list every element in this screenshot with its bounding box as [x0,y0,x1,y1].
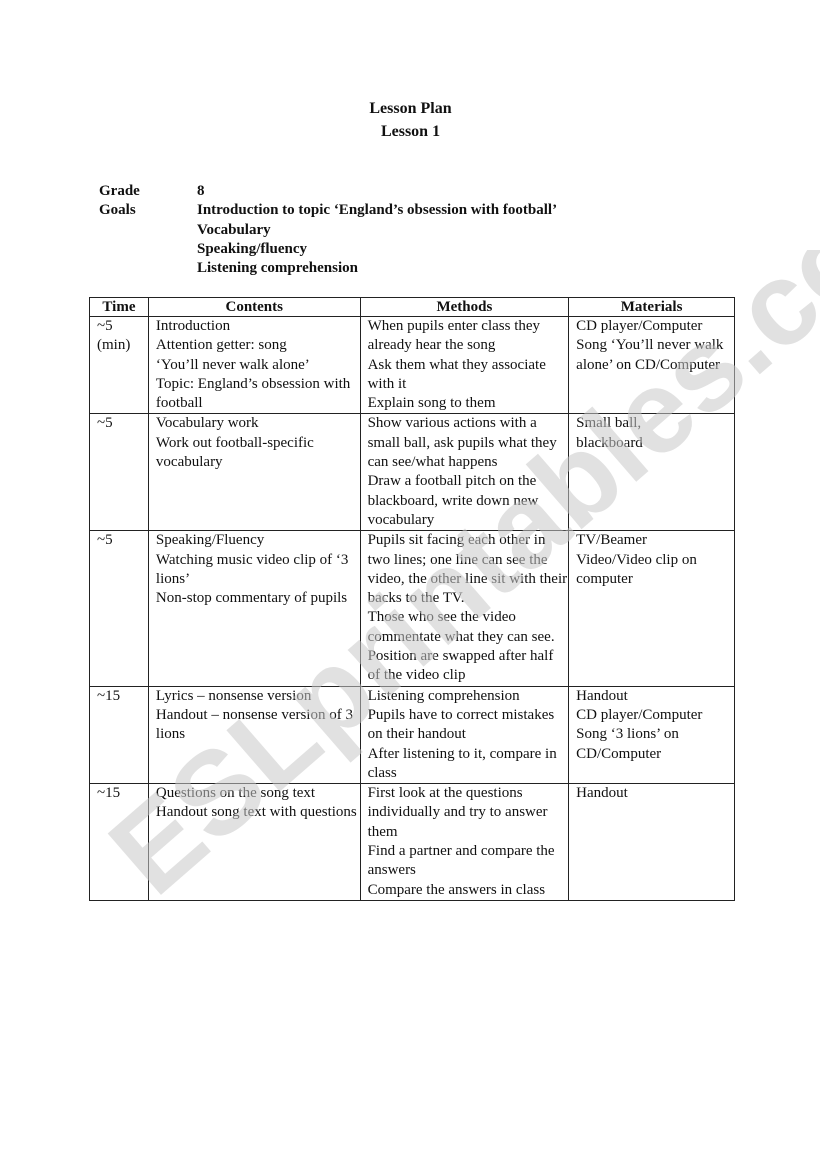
table-header-row: Time Contents Methods Materials [90,298,735,317]
methods-line: When pupils enter class they already hea… [368,317,569,356]
goal-item: Vocabulary [197,221,557,240]
cell-contents: Speaking/FluencyWatching music video cli… [148,531,360,686]
table-row: ~5(min)IntroductionAttention getter: son… [90,317,735,414]
cell-time: ~5(min) [90,317,149,414]
grade-row: Grade 8 [99,182,557,201]
header-contents: Contents [148,298,360,317]
cell-materials: CD player/ComputerSong ‘You’ll never wal… [569,317,735,414]
cell-methods: First look at the questions individually… [360,784,569,901]
methods-line: Find a partner and compare the answers [368,842,569,881]
cell-materials: TV/BeamerVideo/Video clip on computer [569,531,735,686]
cell-time: ~15 [90,686,149,783]
goals-label: Goals [99,201,197,278]
goal-item: Introduction to topic ‘England’s obsessi… [197,201,557,220]
cell-contents: Vocabulary workWork out football-specifi… [148,414,360,531]
contents-line: Attention getter: song [156,336,360,355]
cell-time: ~5 [90,531,149,686]
lesson-meta: Grade 8 Goals Introduction to topic ‘Eng… [99,182,557,278]
methods-line: Show various actions with a small ball, … [368,414,569,472]
materials-line: Handout [576,687,734,706]
table-row: ~5Vocabulary workWork out football-speci… [90,414,735,531]
methods-line: After listening to it, compare in class [368,745,569,784]
header-materials: Materials [569,298,735,317]
grade-value: 8 [197,182,205,201]
materials-line: Small ball, [576,414,734,433]
cell-materials: Handout [569,784,735,901]
cell-time: ~15 [90,784,149,901]
cell-contents: Lyrics – nonsense versionHandout – nonse… [148,686,360,783]
materials-line: Song ‘3 lions’ on CD/Computer [576,725,734,764]
methods-line: Listening comprehension [368,687,569,706]
time-line: ~5 [97,531,148,550]
cell-contents: IntroductionAttention getter: song‘You’l… [148,317,360,414]
methods-line: Compare the answers in class [368,881,569,900]
time-line: ~15 [97,687,148,706]
time-line: (min) [97,336,148,355]
time-line: ~15 [97,784,148,803]
methods-line: Explain song to them [368,394,569,413]
table-row: ~5Speaking/FluencyWatching music video c… [90,531,735,686]
methods-line: First look at the questions individually… [368,784,569,842]
cell-methods: Listening comprehensionPupils have to co… [360,686,569,783]
table-row: ~15Lyrics – nonsense versionHandout – no… [90,686,735,783]
cell-methods: Show various actions with a small ball, … [360,414,569,531]
contents-line: Topic: England’s obsession with football [156,375,360,414]
methods-line: Those who see the video commentate what … [368,608,569,647]
contents-line: Vocabulary work [156,414,360,433]
contents-line: Work out football-specific vocabulary [156,434,360,473]
cell-contents: Questions on the song textHandout song t… [148,784,360,901]
materials-line: CD player/Computer [576,706,734,725]
materials-line: CD player/Computer [576,317,734,336]
contents-line: ‘You’ll never walk alone’ [156,356,360,375]
document-subtitle: Lesson 1 [0,123,821,141]
goal-item: Listening comprehension [197,259,557,278]
materials-line: Handout [576,784,734,803]
cell-materials: HandoutCD player/ComputerSong ‘3 lions’ … [569,686,735,783]
goals-list: Introduction to topic ‘England’s obsessi… [197,201,557,278]
goal-item: Speaking/fluency [197,240,557,259]
table-row: ~15Questions on the song textHandout son… [90,784,735,901]
header-methods: Methods [360,298,569,317]
contents-line: Introduction [156,317,360,336]
time-line: ~5 [97,317,148,336]
table-body: ~5(min)IntroductionAttention getter: son… [90,317,735,901]
grade-label: Grade [99,182,197,201]
contents-line: Non-stop commentary of pupils [156,589,360,608]
cell-methods: When pupils enter class they already hea… [360,317,569,414]
cell-methods: Pupils sit facing each other in two line… [360,531,569,686]
contents-line: Handout – nonsense version of 3 lions [156,706,360,745]
contents-line: Handout song text with questions [156,803,360,822]
cell-materials: Small ball,blackboard [569,414,735,531]
lesson-plan-table: Time Contents Methods Materials ~5(min)I… [89,297,735,901]
materials-line: TV/Beamer [576,531,734,550]
methods-line: Pupils sit facing each other in two line… [368,531,569,608]
goals-row: Goals Introduction to topic ‘England’s o… [99,201,557,278]
methods-line: Draw a football pitch on the blackboard,… [368,472,569,530]
time-line: ~5 [97,414,148,433]
contents-line: Speaking/Fluency [156,531,360,550]
methods-line: Position are swapped after half of the v… [368,647,569,686]
materials-line: Song ‘You’ll never walk alone’ on CD/Com… [576,336,734,375]
header-time: Time [90,298,149,317]
contents-line: Watching music video clip of ‘3 lions’ [156,551,360,590]
materials-line: blackboard [576,434,734,453]
methods-line: Pupils have to correct mistakes on their… [368,706,569,745]
contents-line: Lyrics – nonsense version [156,687,360,706]
cell-time: ~5 [90,414,149,531]
materials-line: Video/Video clip on computer [576,551,734,590]
methods-line: Ask them what they associate with it [368,356,569,395]
document-title: Lesson Plan [0,100,821,118]
contents-line: Questions on the song text [156,784,360,803]
